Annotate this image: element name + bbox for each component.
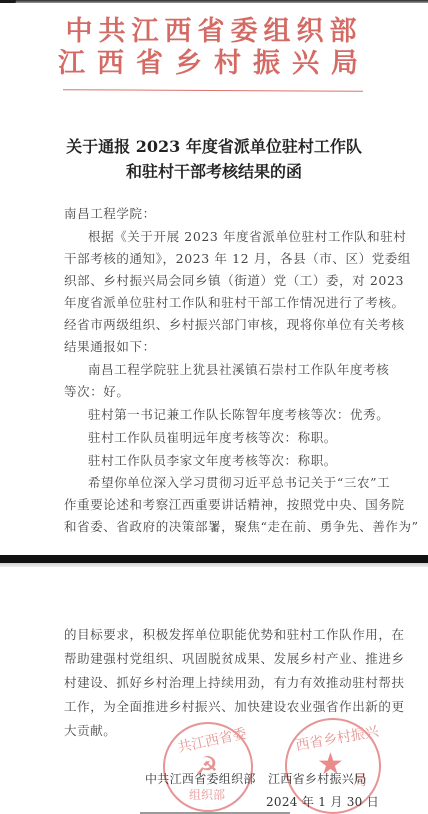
signature-date: 2024 年 1 月 30 日	[266, 793, 379, 810]
paragraph-line: 年度省派单位驻村工作队和驻村干部工作情况进行了考核。	[64, 292, 364, 314]
recipient: 南昌工程学院：	[64, 203, 364, 225]
letterhead-red-rule	[63, 89, 363, 92]
result-team-line: 南昌工程学院驻上犹县社溪镇石崇村工作队年度考核	[88, 359, 388, 381]
document-page-1: 中共江西省委组织部 江西省乡村振兴局 关于通报 2023 年度省派单位驻村工作队…	[0, 3, 428, 555]
paragraph-line: 希望你单位深入学习贯彻习近平总书记关于“三农”工	[88, 472, 388, 494]
result-secretary: 驻村第一书记兼工作队长陈智年度考核等次：优秀。	[88, 404, 388, 426]
document-title-line-1: 关于通报 2023 年度省派单位驻村工作队	[0, 135, 428, 159]
paragraph-line: 作重要论述和考察江西重要讲话精神，按照党中央、国务院	[64, 494, 364, 516]
paragraph-line: 工作，为全面推进乡村振兴、加快建设农业强省作出新的更	[64, 696, 364, 718]
seal-organization-department: 共江西省委 ☭ 组织部	[163, 722, 253, 812]
signature-organizations: 中共江西省委组织部 江西省乡村振兴局	[145, 770, 366, 787]
paragraph-line: 经省市两级组织、乡村振兴部门审核，现将你单位有关考核	[64, 314, 364, 336]
result-member-2: 驻村工作队员李家文年度考核等次：称职。	[88, 450, 388, 472]
letterhead-line-1: 中共江西省委组织部	[0, 17, 428, 47]
document-title-line-2: 和驻村干部考核结果的函	[0, 160, 428, 184]
paragraph-line: 根据《关于开展 2023 年度省派单位驻村工作队和驻村	[88, 226, 388, 248]
paragraph-line: 村建设、抓好乡村治理上持续用劲，有力有效推动驻村帮扶	[64, 672, 364, 694]
letterhead-line-2: 江西省乡村振兴局	[0, 49, 428, 79]
paragraph-line: 帮助建强村党组织、巩固脱贫成果、发展乡村产业、推进乡	[64, 648, 364, 670]
result-team-grade: 等次：好。	[64, 381, 364, 403]
paragraph-line: 结果通报如下：	[64, 336, 364, 358]
seal-text-bottom: 组织部	[189, 786, 225, 803]
result-member-1: 驻村工作队员崔明远年度考核等次：称职。	[88, 427, 388, 449]
paragraph-line: 织部、乡村振兴局会同乡镇（街道）党（工）委，对 2023	[64, 270, 364, 292]
page-divider	[0, 555, 428, 563]
page-number: 1	[212, 524, 218, 534]
paragraph-line: 干部考核的通知》，2023 年 12 月，各县（市、区）党委组	[64, 248, 364, 270]
paragraph-line: 的目标要求，积极发挥单位职能优势和驻村工作队作用，在	[64, 624, 364, 646]
